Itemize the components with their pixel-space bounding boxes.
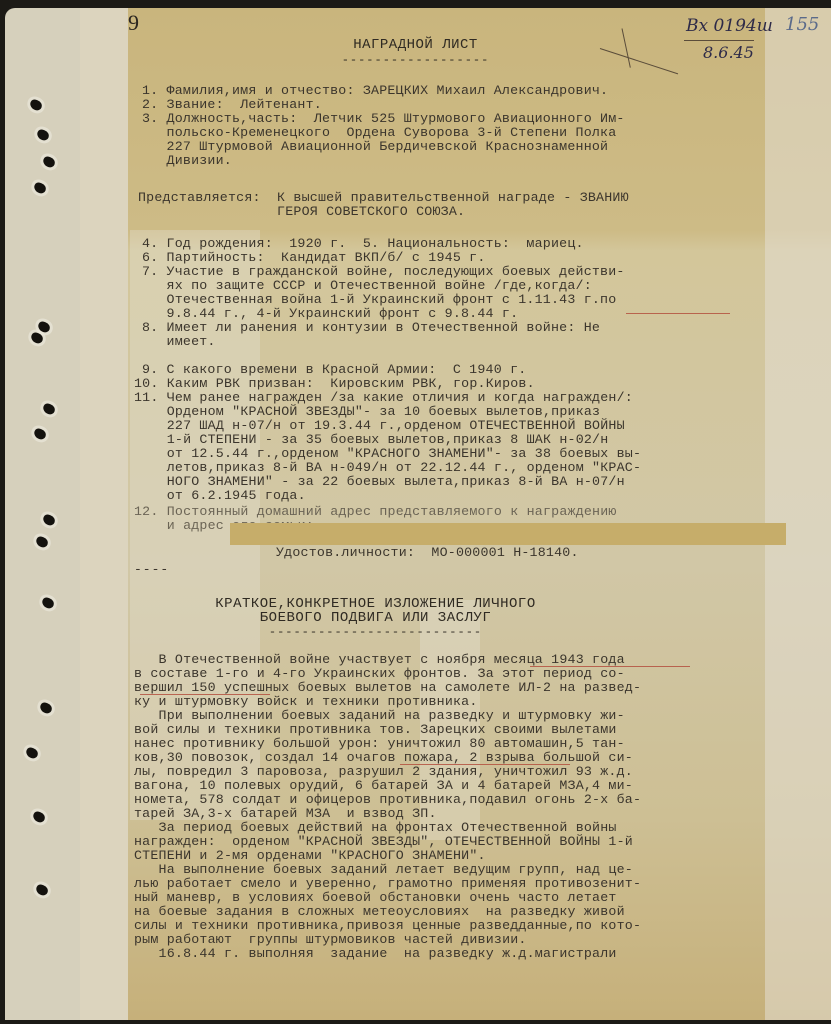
backing-strip <box>80 8 130 1020</box>
field-prior-awards: от 6.2.1945 года. <box>134 489 306 503</box>
repair-tape <box>765 8 831 1020</box>
document-scan: 9 Вх 0194ш 155 8.6.45 НАГРАДНОЙ ЛИСТ ---… <box>0 0 831 1024</box>
section-title: БОЕВОГО ПОДВИГА ИЛИ ЗАСЛУГ <box>0 610 791 626</box>
field-position: Дивизии. <box>142 154 232 168</box>
section-divider: ---- <box>134 562 169 577</box>
document-title: НАГРАДНОЙ ЛИСТ <box>0 37 831 53</box>
archive-reference-suffix: ш <box>757 16 773 36</box>
archive-reference: Вх 0194ш <box>686 16 773 36</box>
sheet-number: 155 <box>785 14 819 35</box>
redacted-address <box>230 523 786 545</box>
red-underline <box>626 313 730 314</box>
archive-reference-number: Вх 0194 <box>686 16 757 36</box>
page-number: 9 <box>128 10 139 36</box>
field-id-document: Удостов.личности: МО-000001 Н-18140. <box>276 546 579 560</box>
narrative-line: 16.8.44 г. выполняя задание на разведку … <box>134 947 617 961</box>
nomination: ГЕРОЯ СОВЕТСКОГО СОЮЗА. <box>138 205 465 219</box>
field-wounds: имеет. <box>142 335 216 349</box>
title-rule: ------------------ <box>0 53 831 67</box>
section-rule: -------------------------- <box>0 625 791 639</box>
